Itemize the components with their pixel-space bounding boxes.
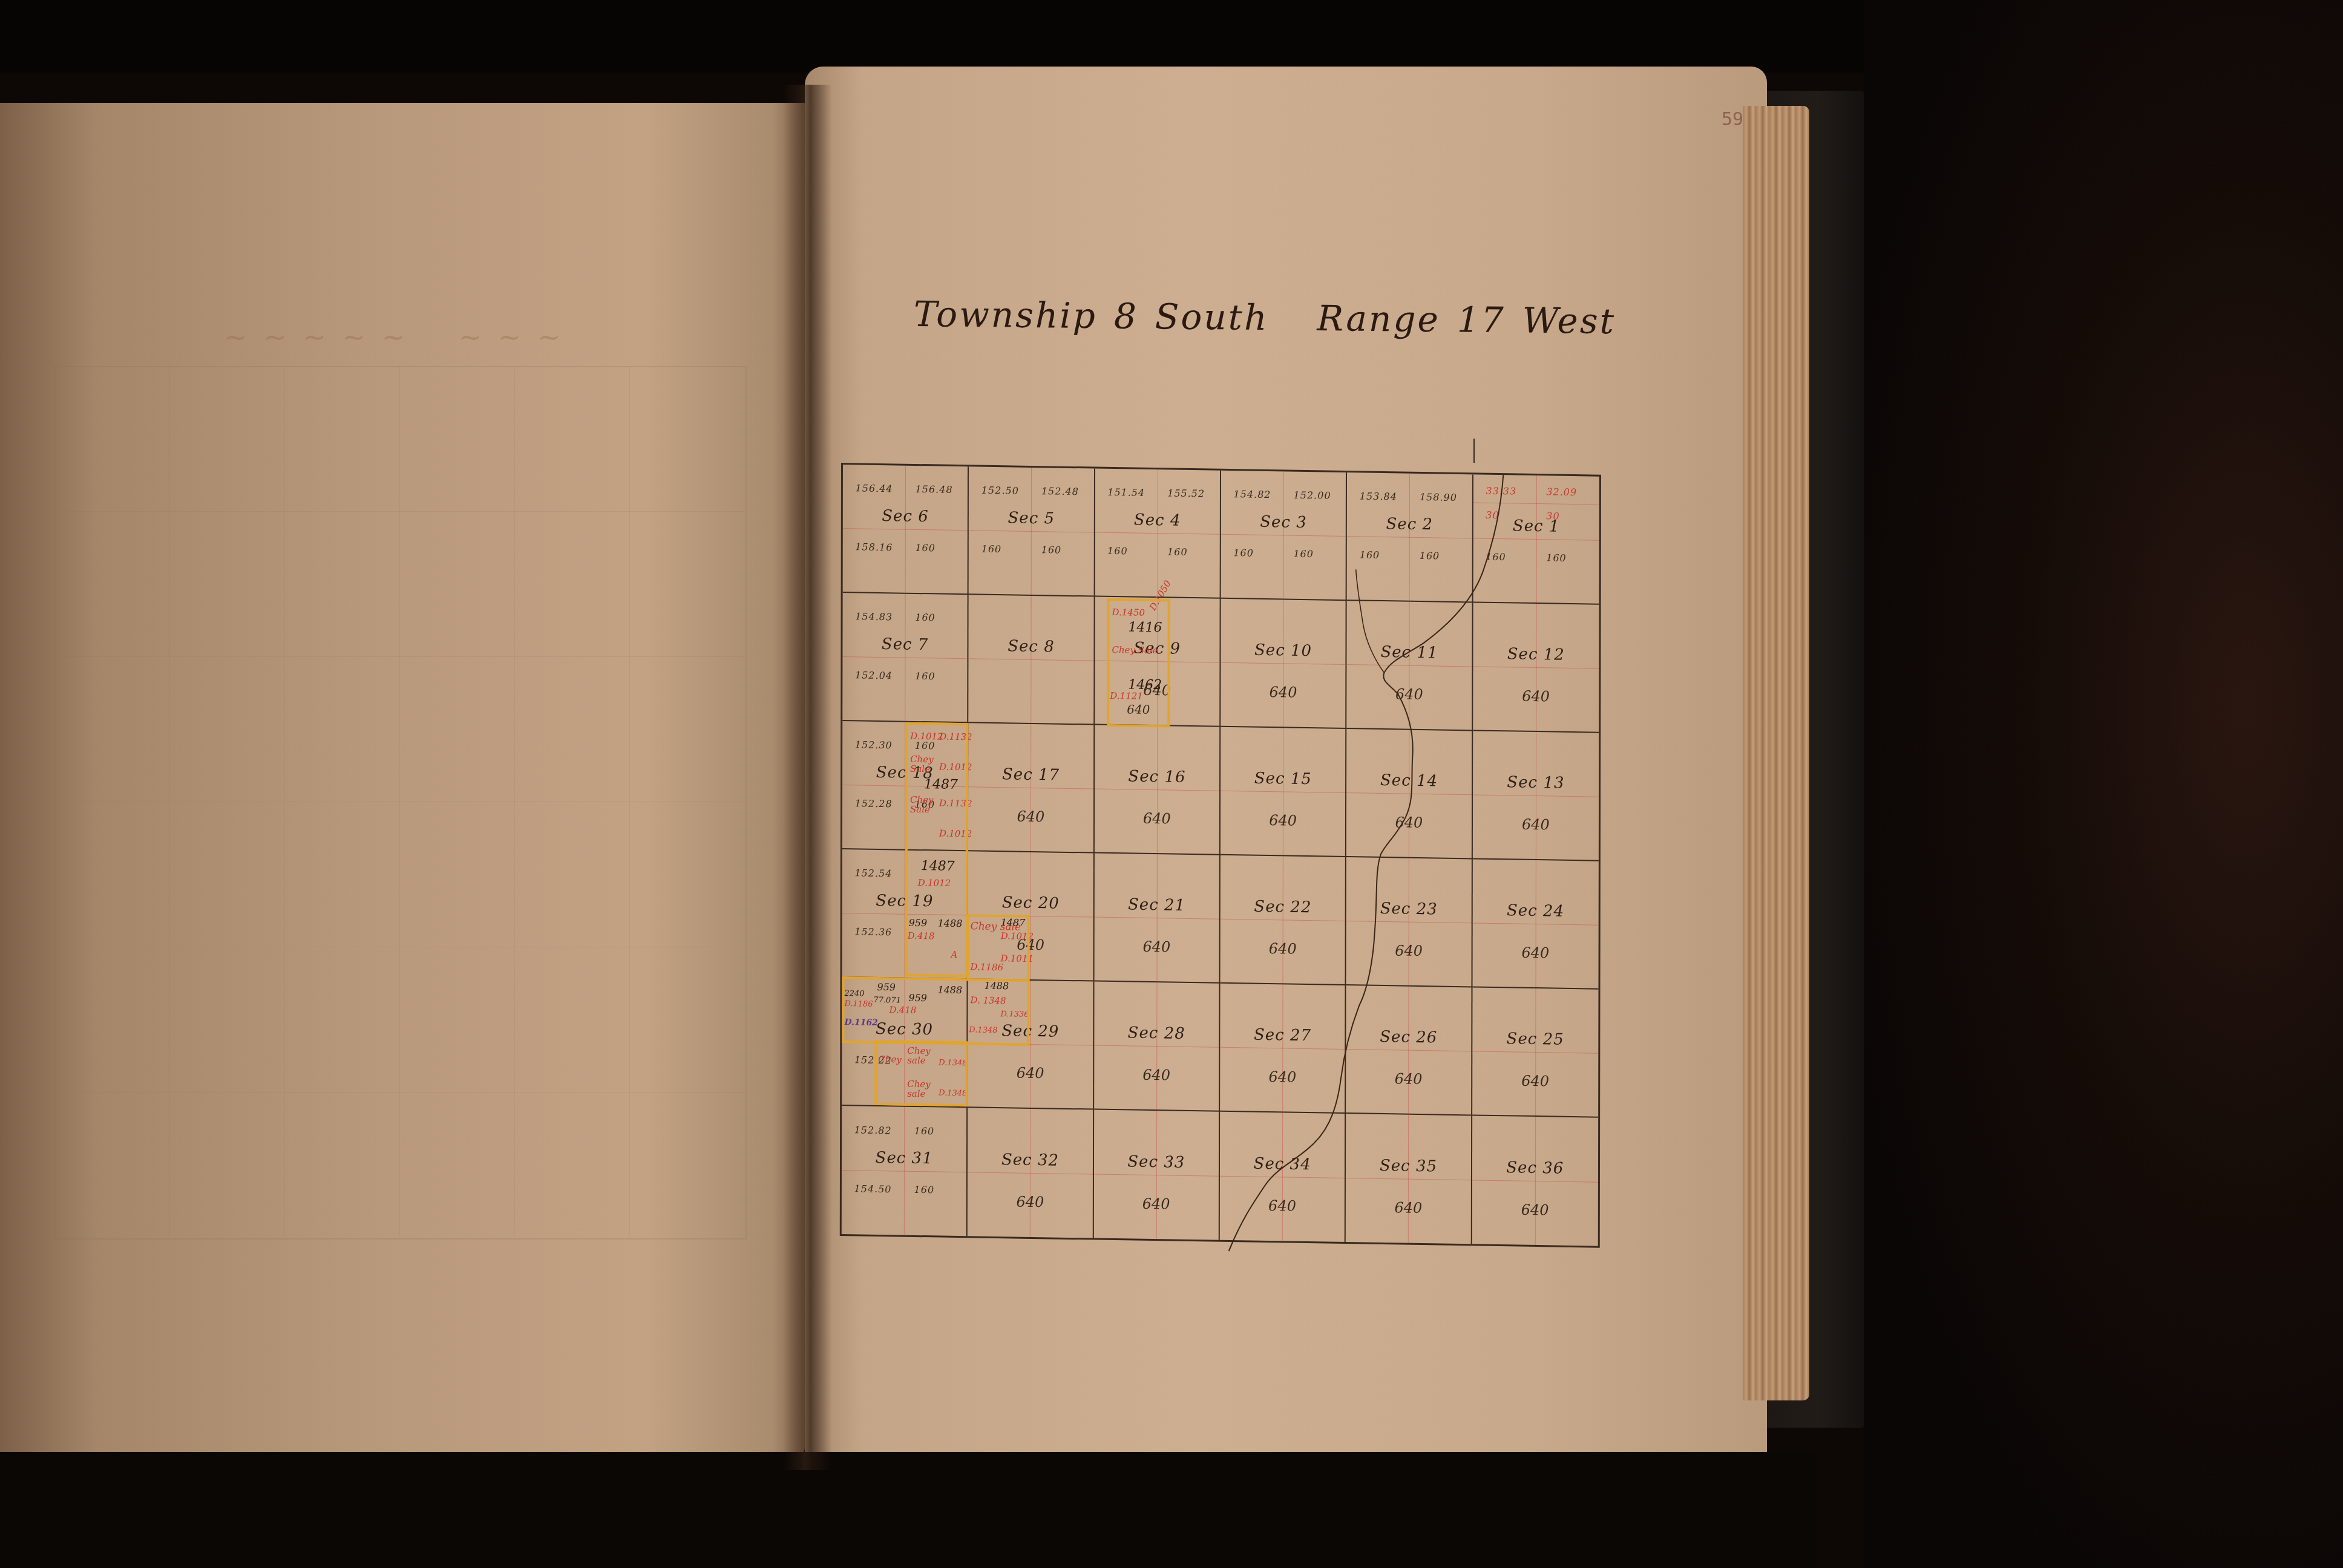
lot-acreage: 154.50 bbox=[854, 1183, 892, 1195]
lot-acreage: 152.54 bbox=[854, 867, 892, 880]
lot-acreage: 33.33 bbox=[1486, 485, 1516, 497]
background-bottom bbox=[0, 1452, 1815, 1568]
bleed-through-text: ~ ~ ~ ~ ~ ~ ~ ~ bbox=[224, 321, 565, 353]
section-label: Sec 23 bbox=[1346, 899, 1471, 919]
section-acreage: 640 bbox=[1346, 1198, 1470, 1217]
section-acreage: 640 bbox=[968, 807, 1093, 826]
township-label: Township bbox=[914, 293, 1098, 336]
section-label: Sec 35 bbox=[1346, 1156, 1470, 1176]
section-label: Sec 7 bbox=[842, 635, 967, 655]
faint-grid-line bbox=[284, 366, 285, 1237]
section-36: Sec 36640 bbox=[1472, 1116, 1598, 1246]
section-label: Sec 5 bbox=[969, 509, 1093, 529]
lot-acreage: 160 bbox=[981, 543, 1002, 555]
section-8: Sec 8 bbox=[969, 595, 1095, 725]
lot-acreage: 160 bbox=[1041, 544, 1062, 556]
section-27: Sec 27640 bbox=[1220, 984, 1346, 1114]
section-acreage: 640 bbox=[1472, 1071, 1598, 1090]
township-plat-map: Sec 6156.44156.48158.16160Sec 5152.50152… bbox=[840, 463, 1601, 1248]
section-label: Sec 28 bbox=[1094, 1024, 1219, 1044]
section-6: Sec 6156.44156.48158.16160 bbox=[843, 465, 969, 595]
lot-acreage: 160 bbox=[1293, 548, 1314, 560]
lot-acreage: 160 bbox=[1167, 546, 1188, 558]
section-acreage: 640 bbox=[1220, 1197, 1345, 1215]
section-17: Sec 17640 bbox=[968, 723, 1095, 853]
section-28: Sec 28640 bbox=[1094, 982, 1221, 1112]
lot-acreage: 160 bbox=[1546, 552, 1567, 564]
section-5: Sec 5152.50152.48160160 bbox=[969, 466, 1095, 596]
section-acreage: 640 bbox=[1347, 685, 1472, 704]
section-16: Sec 16640 bbox=[1095, 725, 1221, 855]
section-33: Sec 33640 bbox=[1093, 1110, 1220, 1240]
section-7: Sec 7154.83160152.04160 bbox=[842, 593, 969, 723]
lot-acreage: 158.16 bbox=[855, 541, 893, 553]
section-10: Sec 10640 bbox=[1221, 599, 1347, 729]
section-acreage: 640 bbox=[968, 1063, 1093, 1082]
section-acreage: 640 bbox=[1346, 941, 1471, 960]
section-label: Sec 3 bbox=[1221, 512, 1346, 532]
range-number: 17 bbox=[1457, 299, 1506, 341]
section-24: Sec 24640 bbox=[1472, 859, 1599, 989]
section-acreage: 640 bbox=[1472, 943, 1598, 962]
section-label: Sec 11 bbox=[1347, 642, 1472, 662]
section-35: Sec 35640 bbox=[1346, 1114, 1472, 1244]
lot-acreage: 152.04 bbox=[855, 669, 893, 681]
section-label: Sec 4 bbox=[1095, 511, 1219, 531]
section-11: Sec 11640 bbox=[1347, 601, 1473, 731]
lot-acreage: 152.50 bbox=[981, 485, 1019, 497]
section-acreage: 640 bbox=[1473, 815, 1599, 834]
section-label: Sec 24 bbox=[1472, 901, 1598, 921]
lot-acreage: 155.52 bbox=[1167, 488, 1205, 500]
lot-acreage: 154.82 bbox=[1234, 489, 1271, 501]
claim-outline-sec20 bbox=[967, 914, 1030, 982]
section-15: Sec 15640 bbox=[1221, 727, 1347, 857]
lot-acreage: 30 bbox=[1546, 510, 1559, 521]
section-acreage: 640 bbox=[1473, 687, 1599, 705]
section-label: Sec 6 bbox=[843, 506, 968, 526]
section-acreage: 640 bbox=[1346, 813, 1471, 832]
section-label: Sec 36 bbox=[1472, 1158, 1598, 1178]
section-acreage: 640 bbox=[1472, 1200, 1598, 1219]
faint-grid-line bbox=[629, 366, 630, 1237]
claim-outline-sec30-29 bbox=[842, 976, 1029, 1046]
lot-acreage: 158.90 bbox=[1420, 491, 1457, 503]
section-label: Sec 31 bbox=[842, 1148, 966, 1168]
section-label: Sec 2 bbox=[1347, 514, 1472, 534]
lot-acreage: 160 bbox=[915, 542, 936, 554]
background-right bbox=[1864, 0, 2343, 1568]
lot-acreage: 152.30 bbox=[855, 739, 893, 751]
section-label: Sec 34 bbox=[1220, 1154, 1345, 1174]
township-number: 8 bbox=[1114, 295, 1139, 336]
township-direction: South bbox=[1155, 296, 1268, 338]
section-label: Sec 14 bbox=[1346, 771, 1471, 791]
lot-acreage: 156.48 bbox=[916, 483, 953, 495]
lot-acreage: 160 bbox=[915, 612, 936, 624]
section-label: Sec 12 bbox=[1473, 645, 1599, 665]
lot-acreage: 152.48 bbox=[1041, 486, 1079, 498]
section-label: Sec 27 bbox=[1220, 1025, 1345, 1045]
lot-acreage: 160 bbox=[915, 670, 936, 682]
section-23: Sec 23640 bbox=[1346, 857, 1473, 987]
page-fore-edge bbox=[1743, 106, 1809, 1400]
section-label: Sec 10 bbox=[1221, 641, 1345, 661]
section-label: Sec 21 bbox=[1094, 895, 1219, 915]
faint-grid-line bbox=[399, 366, 400, 1237]
section-acreage: 640 bbox=[1094, 1065, 1219, 1084]
section-13: Sec 13640 bbox=[1473, 731, 1599, 861]
claim-outline-sec18-19 bbox=[905, 722, 969, 978]
lot-acreage: 160 bbox=[1107, 545, 1128, 557]
section-label: Sec 8 bbox=[969, 637, 1093, 657]
lot-acreage: 160 bbox=[1486, 551, 1506, 563]
section-25: Sec 25640 bbox=[1472, 987, 1599, 1117]
range-direction: West bbox=[1522, 300, 1616, 342]
section-label: Sec 26 bbox=[1346, 1027, 1471, 1047]
page-title: Township8SouthRange17West bbox=[914, 293, 1489, 341]
faint-grid-frame bbox=[54, 366, 747, 1240]
lot-acreage: 30 bbox=[1486, 509, 1499, 520]
section-31: Sec 31152.82160154.50160 bbox=[842, 1106, 968, 1236]
section-label: Sec 25 bbox=[1472, 1030, 1598, 1050]
left-page: ~ ~ ~ ~ ~ ~ ~ ~ bbox=[0, 103, 805, 1458]
section-2: Sec 2153.84158.90160160 bbox=[1347, 472, 1473, 603]
section-4: Sec 4151.54155.52160160 bbox=[1095, 469, 1221, 599]
lot-acreage: 152.36 bbox=[854, 926, 892, 938]
claim-outline-sec30-south bbox=[874, 1040, 968, 1106]
section-acreage: 640 bbox=[968, 1192, 1092, 1211]
section-acreage: 640 bbox=[1346, 1070, 1471, 1088]
section-label: Sec 22 bbox=[1221, 897, 1345, 917]
section-acreage: 640 bbox=[1094, 1194, 1219, 1213]
section-14: Sec 14640 bbox=[1346, 729, 1473, 859]
book-gutter bbox=[784, 85, 832, 1470]
section-3: Sec 3154.82152.00160160 bbox=[1221, 471, 1348, 601]
section-acreage: 640 bbox=[1220, 1067, 1345, 1086]
lot-acreage: 32.09 bbox=[1546, 486, 1577, 498]
lot-acreage: 160 bbox=[1420, 550, 1440, 562]
survey-tick-mark bbox=[1473, 439, 1475, 463]
section-label: Sec 32 bbox=[968, 1150, 1092, 1170]
section-22: Sec 22640 bbox=[1220, 855, 1346, 985]
section-acreage: 640 bbox=[1221, 682, 1345, 701]
claim-outline-sec8 bbox=[1107, 598, 1170, 728]
lot-acreage: 160 bbox=[1233, 547, 1254, 559]
lot-acreage: 152.00 bbox=[1294, 489, 1331, 501]
section-21: Sec 21640 bbox=[1094, 854, 1221, 984]
section-acreage: 640 bbox=[1221, 939, 1345, 958]
lot-acreage: 152.82 bbox=[854, 1124, 892, 1136]
lot-acreage: 152.28 bbox=[855, 797, 893, 809]
section-label: Sec 20 bbox=[968, 893, 1093, 913]
faint-grid-line bbox=[514, 366, 515, 1237]
lot-acreage: 160 bbox=[914, 1125, 935, 1137]
faint-grid-line bbox=[169, 366, 170, 1237]
section-label: Sec 17 bbox=[968, 765, 1093, 785]
section-32: Sec 32640 bbox=[968, 1108, 1094, 1238]
section-acreage: 640 bbox=[1221, 811, 1345, 829]
section-label: Sec 15 bbox=[1221, 769, 1345, 789]
lot-acreage: 160 bbox=[1360, 549, 1380, 561]
lot-acreage: 156.44 bbox=[856, 483, 893, 495]
section-label: Sec 16 bbox=[1095, 767, 1219, 787]
lot-acreage: 154.83 bbox=[855, 611, 893, 623]
lot-acreage: 151.54 bbox=[1107, 486, 1145, 498]
lot-acreage: 153.84 bbox=[1360, 491, 1397, 503]
lot-acreage: 160 bbox=[914, 1184, 935, 1196]
page-number: 59 bbox=[1722, 109, 1743, 130]
section-12: Sec 12640 bbox=[1473, 603, 1599, 733]
section-acreage: 640 bbox=[1095, 809, 1219, 828]
section-26: Sec 26640 bbox=[1346, 985, 1472, 1116]
section-acreage: 640 bbox=[1094, 937, 1219, 956]
section-label: Sec 13 bbox=[1473, 773, 1599, 793]
section-1: Sec 133.3332.093030160160 bbox=[1473, 474, 1599, 604]
section-34: Sec 34640 bbox=[1220, 1112, 1346, 1242]
section-label: Sec 33 bbox=[1094, 1152, 1219, 1172]
range-label: Range bbox=[1317, 298, 1440, 340]
